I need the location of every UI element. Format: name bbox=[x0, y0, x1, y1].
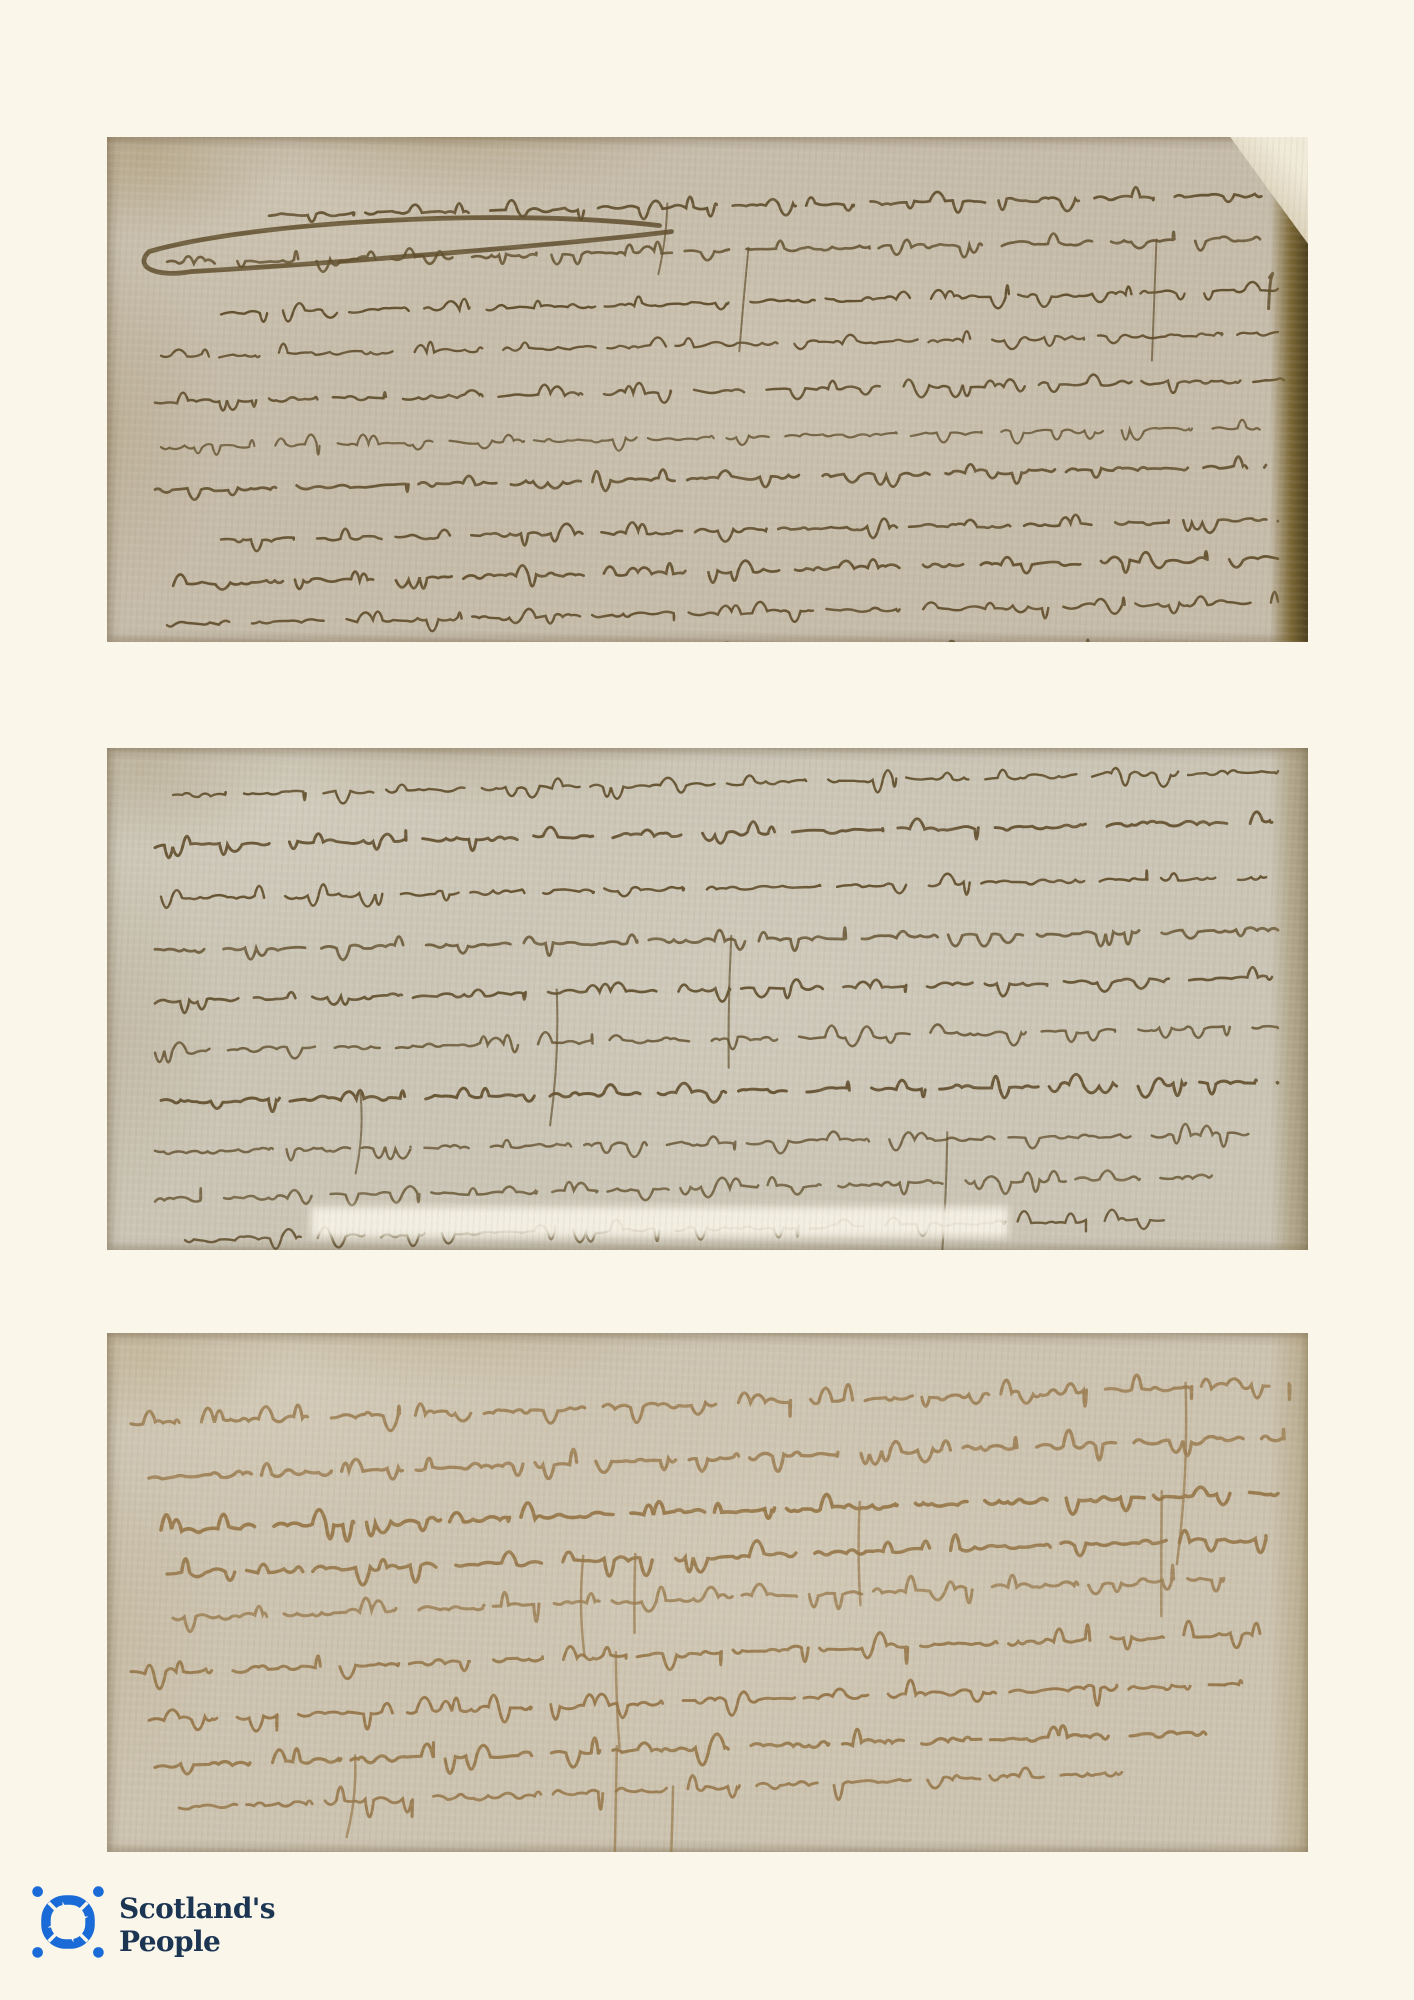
logo-text-line1: Scotland's bbox=[119, 1892, 275, 1925]
page: Scotland's People bbox=[0, 0, 1414, 2000]
manuscript-excerpt-1 bbox=[107, 137, 1308, 642]
manuscript-excerpt-2 bbox=[107, 748, 1308, 1250]
handwriting-lines bbox=[107, 137, 1308, 642]
handwriting-lines bbox=[107, 1333, 1308, 1852]
scotlands-people-knot-icon bbox=[30, 1884, 106, 1960]
handwriting-lines bbox=[107, 748, 1308, 1250]
logo-wordmark: Scotland's People bbox=[119, 1892, 275, 1958]
logo-text-line2: People bbox=[119, 1925, 275, 1958]
manuscript-excerpt-3 bbox=[107, 1333, 1308, 1852]
scotlands-people-logo[interactable]: Scotland's People bbox=[30, 1884, 275, 1960]
